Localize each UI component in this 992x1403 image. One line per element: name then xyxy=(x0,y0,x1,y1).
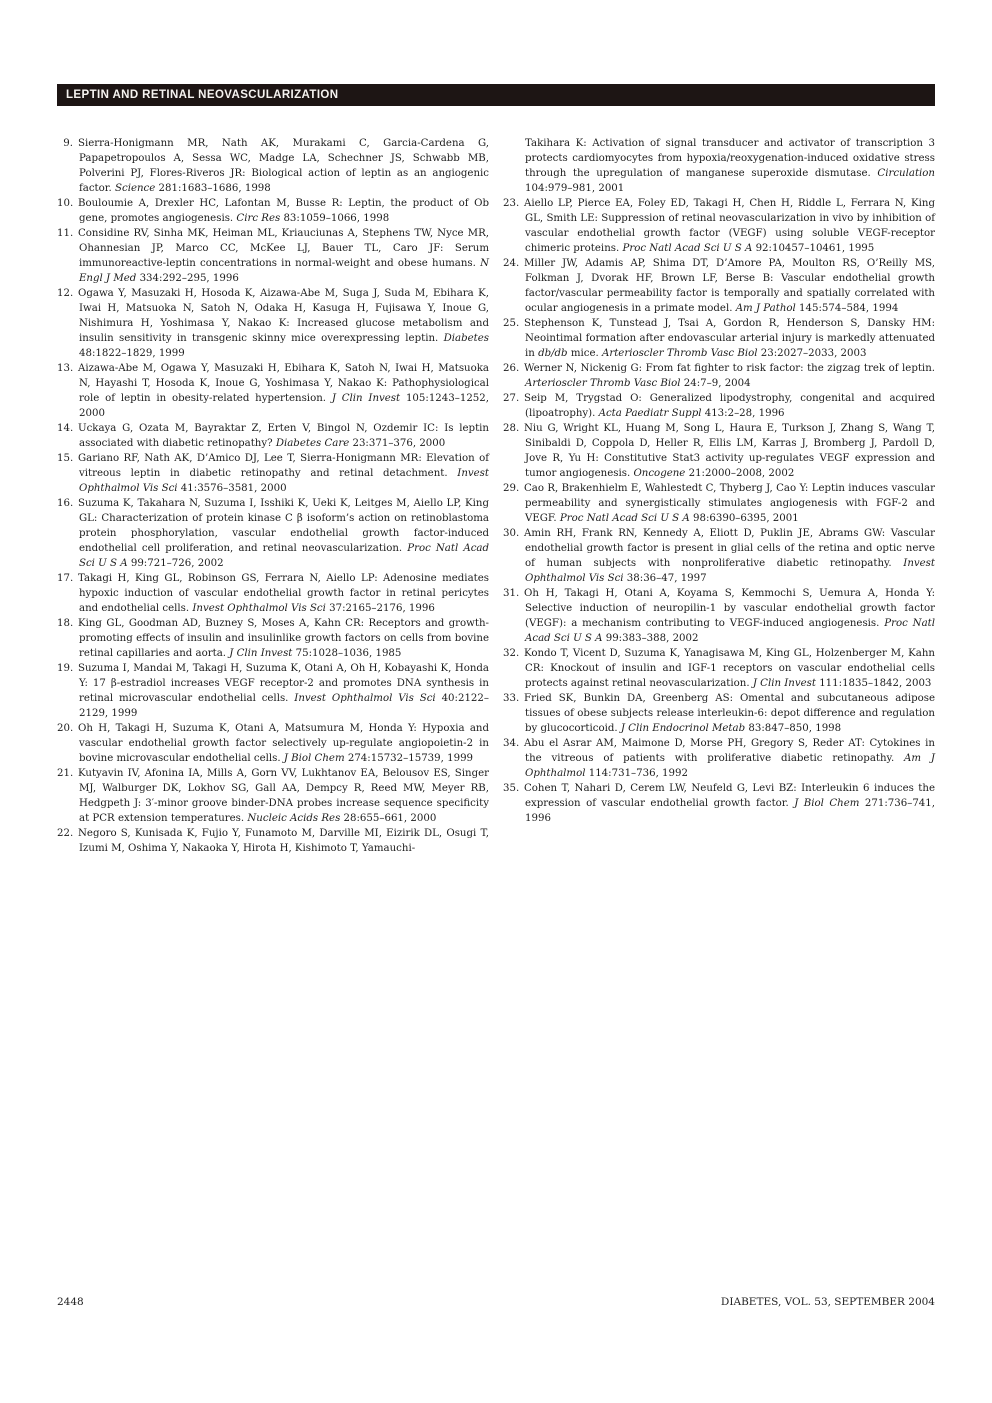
reference-number: 35. xyxy=(503,781,519,796)
running-head-title: LEPTIN AND RETINAL NEOVASCULARIZATION xyxy=(66,89,338,101)
reference-item: 9.Sierra-Honigmann MR, Nath AK, Murakami… xyxy=(57,136,489,196)
reference-text: Ogawa Y, Masuzaki H, Hosoda K, Aizawa-Ab… xyxy=(78,288,489,359)
reference-item: 28.Niu G, Wright KL, Huang M, Song L, Ha… xyxy=(503,421,935,481)
reference-number: 12. xyxy=(57,286,73,301)
reference-text: Uckaya G, Ozata M, Bayraktar Z, Erten V,… xyxy=(78,423,489,449)
journal-citation: DIABETES, VOL. 53, SEPTEMBER 2004 xyxy=(721,1296,935,1308)
reference-item: 21.Kutyavin IV, Afonina IA, Mills A, Gor… xyxy=(57,766,489,826)
reference-text: Takagi H, King GL, Robinson GS, Ferrara … xyxy=(78,573,489,614)
reference-text: Bouloumie A, Drexler HC, Lafontan M, Bus… xyxy=(78,198,489,224)
reference-item: 30.Amin RH, Frank RN, Kennedy A, Eliott … xyxy=(503,526,935,586)
reference-item: 20.Oh H, Takagi H, Suzuma K, Otani A, Ma… xyxy=(57,721,489,766)
reference-text: Miller JW, Adamis AP, Shima DT, D’Amore … xyxy=(524,258,935,314)
reference-text: Negoro S, Kunisada K, Fujio Y, Funamoto … xyxy=(78,828,489,854)
reference-item: 19.Suzuma I, Mandai M, Takagi H, Suzuma … xyxy=(57,661,489,721)
reference-text: Oh H, Takagi H, Suzuma K, Otani A, Matsu… xyxy=(78,723,489,764)
reference-text: Cohen T, Nahari D, Cerem LW, Neufeld G, … xyxy=(524,783,935,824)
reference-text: Sierra-Honigmann MR, Nath AK, Murakami C… xyxy=(78,138,489,194)
references-section: 9.Sierra-Honigmann MR, Nath AK, Murakami… xyxy=(57,136,935,856)
reference-item: 25.Stephenson K, Tunstead J, Tsai A, Gor… xyxy=(503,316,935,361)
reference-number: 30. xyxy=(503,526,519,541)
reference-item: 17.Takagi H, King GL, Robinson GS, Ferra… xyxy=(57,571,489,616)
reference-item: 22.Negoro S, Kunisada K, Fujio Y, Funamo… xyxy=(57,826,489,856)
reference-text: Werner N, Nickenig G: From fat fighter t… xyxy=(524,363,935,389)
reference-item: 35.Cohen T, Nahari D, Cerem LW, Neufeld … xyxy=(503,781,935,826)
reference-number: 15. xyxy=(57,451,73,466)
reference-number: 19. xyxy=(57,661,73,676)
reference-item: 18.King GL, Goodman AD, Buzney S, Moses … xyxy=(57,616,489,661)
reference-item: 33.Fried SK, Bunkin DA, Greenberg AS: Om… xyxy=(503,691,935,736)
page-footer: 2448 DIABETES, VOL. 53, SEPTEMBER 2004 xyxy=(57,1296,935,1308)
reference-item: 31.Oh H, Takagi H, Otani A, Koyama S, Ke… xyxy=(503,586,935,646)
reference-number: 9. xyxy=(57,136,73,151)
reference-text: Aiello LP, Pierce EA, Foley ED, Takagi H… xyxy=(524,198,935,254)
reference-text: King GL, Goodman AD, Buzney S, Moses A, … xyxy=(78,618,489,659)
reference-number: 26. xyxy=(503,361,519,376)
reference-number: 20. xyxy=(57,721,73,736)
reference-number: 33. xyxy=(503,691,519,706)
reference-text: Cao R, Brakenhielm E, Wahlestedt C, Thyb… xyxy=(524,483,935,524)
reference-column-right: Takihara K: Activation of signal transdu… xyxy=(503,136,935,856)
running-head-bar: LEPTIN AND RETINAL NEOVASCULARIZATION xyxy=(57,84,935,106)
reference-number: 17. xyxy=(57,571,73,586)
reference-item: 32.Kondo T, Vicent D, Suzuma K, Yanagisa… xyxy=(503,646,935,691)
reference-item: 11.Considine RV, Sinha MK, Heiman ML, Kr… xyxy=(57,226,489,286)
reference-number: 16. xyxy=(57,496,73,511)
reference-item: 16.Suzuma K, Takahara N, Suzuma I, Isshi… xyxy=(57,496,489,571)
reference-text: Suzuma I, Mandai M, Takagi H, Suzuma K, … xyxy=(78,663,489,719)
reference-text: Abu el Asrar AM, Maimone D, Morse PH, Gr… xyxy=(524,738,935,779)
reference-number: 29. xyxy=(503,481,519,496)
reference-item: 26.Werner N, Nickenig G: From fat fighte… xyxy=(503,361,935,391)
reference-text: Stephenson K, Tunstead J, Tsai A, Gordon… xyxy=(524,318,935,359)
reference-item: 14.Uckaya G, Ozata M, Bayraktar Z, Erten… xyxy=(57,421,489,451)
reference-number: 14. xyxy=(57,421,73,436)
reference-item: 24.Miller JW, Adamis AP, Shima DT, D’Amo… xyxy=(503,256,935,316)
reference-number: 31. xyxy=(503,586,519,601)
reference-number: 13. xyxy=(57,361,73,376)
reference-number: 27. xyxy=(503,391,519,406)
reference-number: 24. xyxy=(503,256,519,271)
reference-text: Gariano RF, Nath AK, D’Amico DJ, Lee T, … xyxy=(78,453,489,494)
reference-item: 29.Cao R, Brakenhielm E, Wahlestedt C, T… xyxy=(503,481,935,526)
reference-text: Amin RH, Frank RN, Kennedy A, Eliott D, … xyxy=(524,528,935,584)
reference-item: 15.Gariano RF, Nath AK, D’Amico DJ, Lee … xyxy=(57,451,489,496)
reference-text: Fried SK, Bunkin DA, Greenberg AS: Oment… xyxy=(524,693,935,734)
reference-item: 23.Aiello LP, Pierce EA, Foley ED, Takag… xyxy=(503,196,935,256)
reference-item: 34.Abu el Asrar AM, Maimone D, Morse PH,… xyxy=(503,736,935,781)
reference-text: Aizawa-Abe M, Ogawa Y, Masuzaki H, Ebiha… xyxy=(78,363,489,419)
reference-text: Oh H, Takagi H, Otani A, Koyama S, Kemmo… xyxy=(524,588,935,644)
reference-number: 22. xyxy=(57,826,73,841)
reference-text: Kondo T, Vicent D, Suzuma K, Yanagisawa … xyxy=(524,648,935,689)
reference-number: 34. xyxy=(503,736,519,751)
page-number: 2448 xyxy=(57,1296,84,1308)
reference-item: 10.Bouloumie A, Drexler HC, Lafontan M, … xyxy=(57,196,489,226)
reference-item-continuation: Takihara K: Activation of signal transdu… xyxy=(503,136,935,196)
reference-number: 21. xyxy=(57,766,73,781)
reference-number: 18. xyxy=(57,616,73,631)
reference-text: Considine RV, Sinha MK, Heiman ML, Kriau… xyxy=(78,228,489,284)
reference-item: 27.Seip M, Trygstad O: Generalized lipod… xyxy=(503,391,935,421)
reference-number: 11. xyxy=(57,226,73,241)
reference-number: 10. xyxy=(57,196,73,211)
reference-number: 25. xyxy=(503,316,519,331)
reference-text: Suzuma K, Takahara N, Suzuma I, Isshiki … xyxy=(78,498,489,569)
reference-text: Seip M, Trygstad O: Generalized lipodyst… xyxy=(524,393,935,419)
reference-text: Niu G, Wright KL, Huang M, Song L, Haura… xyxy=(524,423,935,479)
reference-item: 13.Aizawa-Abe M, Ogawa Y, Masuzaki H, Eb… xyxy=(57,361,489,421)
reference-number: 28. xyxy=(503,421,519,436)
reference-column-left: 9.Sierra-Honigmann MR, Nath AK, Murakami… xyxy=(57,136,489,856)
reference-number: 23. xyxy=(503,196,519,211)
reference-item: 12.Ogawa Y, Masuzaki H, Hosoda K, Aizawa… xyxy=(57,286,489,361)
reference-number: 32. xyxy=(503,646,519,661)
reference-text: Kutyavin IV, Afonina IA, Mills A, Gorn V… xyxy=(78,768,489,824)
reference-text: Takihara K: Activation of signal transdu… xyxy=(525,138,935,194)
